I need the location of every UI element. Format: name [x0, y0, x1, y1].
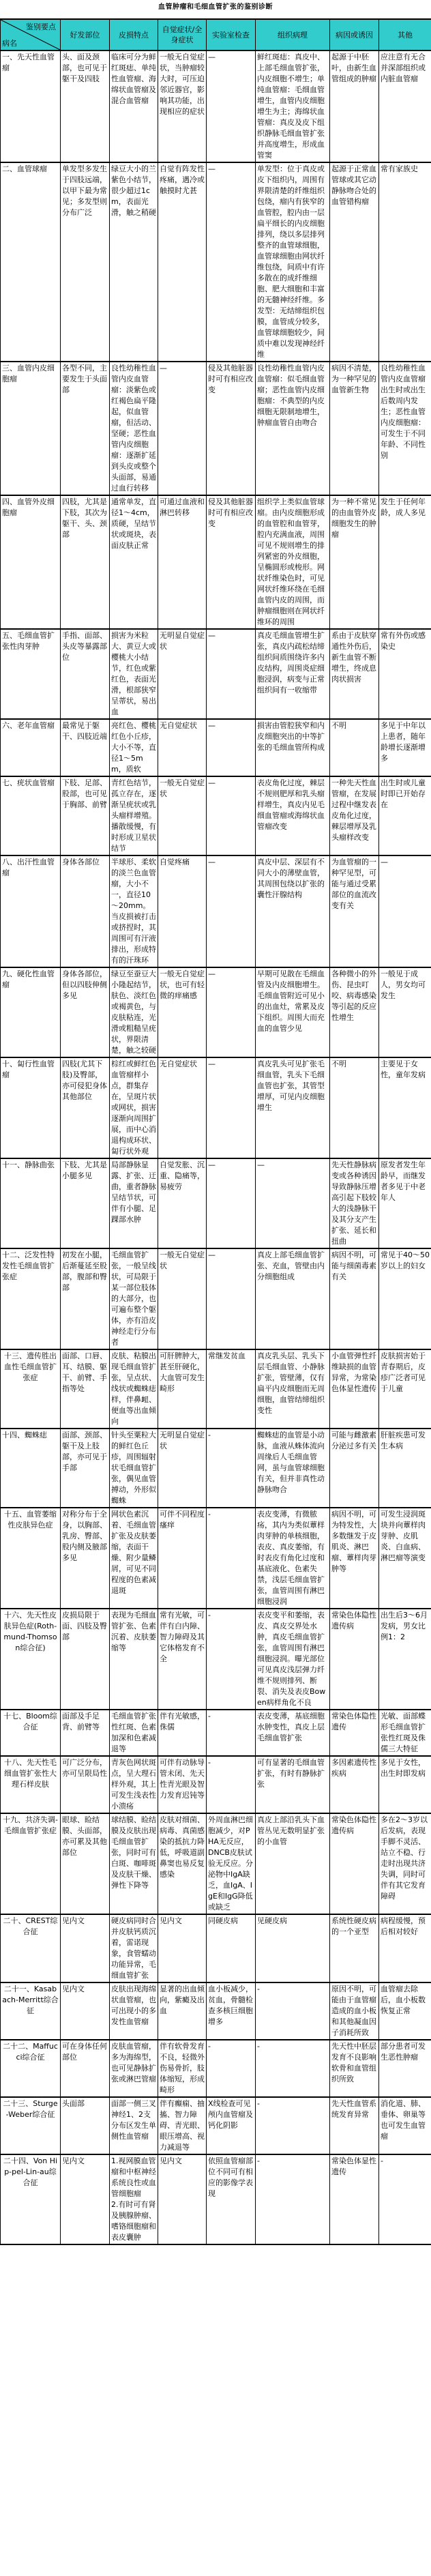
table-row: 二、血管球瘤单发型多发生于四肢远端，以甲下最为常见；多发型则分布广泛绿豆大小的兰…	[1, 162, 431, 362]
lab-cell: -	[207, 1609, 256, 1710]
lab-cell: -	[207, 2040, 256, 2097]
cause-cell: 常染色体显性遗传	[330, 2154, 379, 2244]
other-cell: 出生后3～6月发病，男女比例1：2	[379, 1609, 431, 1710]
table-row: 十七、Bloom综合征面部及手足背、前臂等毛细血管扩张性红斑、色素加深和色素减退…	[1, 1710, 431, 1756]
lab-cell: —	[207, 50, 256, 162]
lesion-cell: 表现为毛细血管扩张、色素沉着、皮肤萎缩等	[110, 1609, 158, 1710]
other-cell: -	[379, 2154, 431, 2244]
lesion-cell: 皮肤、粘膜出现毛细血管扩张，呈点状、线状或蜘蛛痣样，伴鼻衄、便血等出血倾向	[110, 1349, 158, 1429]
site-cell: 见内文	[61, 2154, 110, 2244]
pathology-cell: 见硬皮病	[256, 1914, 330, 1982]
pathology-cell: 表皮变薄，有微脓疡，其内为类似蕈样肉芽肿的单核细胞，表皮、真皮萎缩，有时表皮有角…	[256, 1508, 330, 1609]
cause-cell: 系由于皮肤穿通性外伤后，新生血管不断增生，终成息肉状损害	[330, 629, 379, 719]
pathology-cell: —	[256, 1158, 330, 1248]
symptoms-cell: 可伴不同程度瘙痒	[158, 1508, 207, 1609]
lab-cell: -	[207, 1710, 256, 1756]
other-cell: 血管瘤去除后，血小板数恢复正常	[379, 1982, 431, 2040]
cause-cell: 先天性中胚层发育不良影响软骨和血管组织所致	[330, 2040, 379, 2097]
other-cell: 常有家族史	[379, 162, 431, 362]
corner-label-criteria: 鉴别要点	[26, 22, 56, 32]
cause-cell: 不明	[330, 1057, 379, 1158]
table-row: 二十三、Sturge-Weber综合征头面部面部一侧三叉神经1、2支分布区发生单…	[1, 2097, 431, 2154]
lesion-cell: 皮肤出现海绵状血管瘤，也可出现小的多发性血管瘤	[110, 1982, 158, 2040]
column-header-cause: 病因或诱因	[330, 19, 379, 50]
symptoms-cell: 一般无自觉症状	[158, 776, 207, 855]
other-cell: 常见于40～50岁以上的妇女	[379, 1248, 431, 1349]
lab-cell: —	[207, 162, 256, 362]
cause-cell: 一种先天性血管瘤，在发展过程中继发表皮角化过度，棘层增厚及乳头瘤样改变	[330, 776, 379, 855]
symptoms-cell: 自觉疼痛	[158, 855, 207, 967]
lab-cell: 常继发贫血	[207, 1349, 256, 1429]
site-cell: 面部及手足背、前臂等	[61, 1710, 110, 1756]
site-cell: 面部、口唇、耳、结膜、躯干、前臂、手指等处	[61, 1349, 110, 1429]
symptoms-cell: 可肝脾肿大，甚至肝硬化，大血管可发生畸形	[158, 1349, 207, 1429]
other-cell: 消化道、肺、垂体、卵巢等也可发生血管瘤	[379, 2097, 431, 2154]
corner-label-disease: 病名	[2, 38, 17, 48]
table-row: 十、匐行性血管瘤四肢(尤其下肢)及臀部，亦可侵犯身体其他部位棕红或鲜红色血管瘤样…	[1, 1057, 431, 1158]
symptoms-cell: 一般无自觉症状	[158, 1248, 207, 1349]
lab-cell: 同硬皮病	[207, 1914, 256, 1982]
site-cell: 手指、面部、头皮等暴露部位	[61, 629, 110, 719]
cause-cell: 小血管弹性纤维缺损的血管异常，为常染色体显性遗传	[330, 1349, 379, 1429]
lab-cell: -	[207, 1508, 256, 1609]
table-body: 一、先天性血管瘤头、面及颈部，也可见于躯干及四肢临床可分为鲜红斑痣、单纯性血管瘤…	[1, 50, 431, 2244]
pathology-cell: -	[256, 1982, 330, 2040]
site-cell: 对称分布于全身，以胸部、乳房、臀部、股内侧及腋部多见	[61, 1508, 110, 1609]
other-cell: 光敏、面部蝶形毛细血管扩张性红斑及侏儒三大特征	[379, 1710, 431, 1756]
table-row: 六、老年血管瘤最常见于躯干、四肢近端亮红色、樱桃红色小丘疹，大小不等，直径1～5…	[1, 719, 431, 776]
symptoms-cell: 显著的出血倾向，紫癜及出血	[158, 1982, 207, 2040]
table-row: 十二、泛发性特发性毛细血管扩张症初发在小腿，后渐蔓延至股部，腹部和臀部毛细血管扩…	[1, 1248, 431, 1349]
lesion-cell: 青灰色网状斑点，呈大理石样外观，其上可发生浅表性小溃疡	[110, 1756, 158, 1813]
other-cell: 病程缓慢，预后相对较好	[379, 1914, 431, 1982]
symptoms-cell: 无明显自觉症状	[158, 629, 207, 719]
disease-name-cell: 二、血管球瘤	[1, 162, 61, 362]
site-cell: 最常见于躯干、四肢近端	[61, 719, 110, 776]
cause-cell: 为血管瘤的一种罕见型，可能与通过受累部位的血流改变有关	[330, 855, 379, 967]
disease-name-cell: 十五、血管萎缩性皮肤异色症	[1, 1508, 61, 1609]
lab-cell: —	[207, 1248, 256, 1349]
disease-name-cell: 五、毛细血管扩张性肉芽肿	[1, 629, 61, 719]
lesion-cell: 半球形、柔软的淡兰色血管瘤，大小不一，直径10～20mm。当皮损被打击或挤捏时，…	[110, 855, 158, 967]
cause-cell: 病因不清楚，为一种罕见的血管新生物	[330, 362, 379, 495]
symptoms-cell: 伴有癫痫、抽搐、智力障碍、青光眼、眼压增高、视力减退等	[158, 2097, 207, 2154]
disease-name-cell: 二十一、Kasabach-Merritt综合征	[1, 1982, 61, 2040]
other-cell: 主要见于女性，童年发病	[379, 1057, 431, 1158]
cause-cell: 病因不明，可能与细菌毒素有关	[330, 1248, 379, 1349]
disease-name-cell: 一、先天性血管瘤	[1, 50, 61, 162]
lesion-cell: 毛细血管扩张，一般呈线状，可局限于某一部位肢体的大部分，也可遍布整个躯体，亦有沿…	[110, 1248, 158, 1349]
lab-cell: —	[207, 1158, 256, 1248]
lesion-cell: 皮肤血管瘤，多为海绵型，也可见静脉扩张或淋巴管瘤	[110, 2040, 158, 2097]
other-cell: 发生于任何年龄，成人多见	[379, 495, 431, 629]
lesion-cell: 硬皮病同时合并皮肤钙质沉着，雷诺现象，食管蠕动功能异常，毛细血管扩张	[110, 1914, 158, 1982]
disease-name-cell: 十九、共济失调-毛细血管扩张症	[1, 1813, 61, 1914]
header-row: 鉴别要点 病名 好发部位 皮损特点 自觉症状/全身症状 实验室检查 组织病理 病…	[1, 19, 431, 50]
disease-name-cell: 二十二、Maffucci综合征	[1, 2040, 61, 2097]
lab-cell: 侵及其他脏器时可有相应改变	[207, 495, 256, 629]
pathology-cell: 表皮变平和萎缩，表皮、真皮交界处水肿，真皮毛细血管扩张，血管周围有淋巴细胞浸润。…	[256, 1609, 330, 1710]
lesion-cell: 临床可分为鲜红斑痣、单纯性血管瘤、海绵状血管瘤及混合血管瘤	[110, 50, 158, 162]
lesion-cell: 面部一侧三叉神经1、2支分布区发生单侧性血管瘤	[110, 2097, 158, 2154]
table-row: 五、毛细血管扩张性肉芽肿手指、面部、头皮等暴露部位损害为米粒大、黄豆大或樱桃大小…	[1, 629, 431, 719]
cause-cell: 各种微小的外伤、昆虫叮咬、病毒感染等引起的反应性增生	[330, 967, 379, 1057]
symptoms-cell: 无自觉症状	[158, 1057, 207, 1158]
cause-cell: 常染色体隐性遗传病	[330, 1813, 379, 1914]
lab-cell: 血小板减少，贫血，骨髓检查多核巨细胞增多	[207, 1982, 256, 2040]
disease-name-cell: 十、匐行性血管瘤	[1, 1057, 61, 1158]
pathology-cell: 表皮角化过度，棘层不规则肥厚和乳头瘤样增生，真皮内见毛细血管瘤或海绵状血管瘤改变	[256, 776, 330, 855]
symptoms-cell: —	[158, 362, 207, 495]
pathology-cell: 真皮上部沿乳头下血管丛见无数明显扩张的小血管	[256, 1813, 330, 1914]
table-row: 二十四、Von Hip-pel-Lin-au综合征见内文1.视网膜血管瘤和中枢神…	[1, 2154, 431, 2244]
site-cell: 身体各部位	[61, 855, 110, 967]
other-cell: 常有外伤或感染史	[379, 629, 431, 719]
lab-cell: —	[207, 719, 256, 776]
table-row: 八、出汗性血管瘤身体各部位半球形、柔软的淡兰色血管瘤，大小不一，直径10～20m…	[1, 855, 431, 967]
other-cell: 部分患者可发生恶性肿瘤	[379, 2040, 431, 2097]
table-row: 九、硬化性血管瘤身体各部位，但以四肢伸侧多见绿豆至蚕豆大小隆起结节，肤色、淡红色…	[1, 967, 431, 1057]
column-header-site: 好发部位	[61, 19, 110, 50]
lesion-cell: 网状色素沉着、毛细血管扩张及皮肤萎缩，表面干燥、附少量鳞屑，可见不同程度的色素减…	[110, 1508, 158, 1609]
site-cell: 皮损局限于面、四肢及臀部	[61, 1609, 110, 1710]
lab-cell: —	[207, 967, 256, 1057]
site-cell: 初发在小腿，后渐蔓延至股部，腹部和臀部	[61, 1248, 110, 1349]
disease-name-cell: 三、血管内皮细胞瘤	[1, 362, 61, 495]
table-row: 十六、先天性皮肤异色症(Roth-mund-Thomson综合征)皮损局限于面、…	[1, 1609, 431, 1710]
site-cell: 见内文	[61, 1982, 110, 2040]
lesion-cell: 局部静脉显露、扩张、迂曲，重者静脉呈结节状，可伴有小腿、足踝部水肿	[110, 1158, 158, 1248]
lab-cell: —	[207, 855, 256, 967]
lesion-cell: 球结膜、睑结膜及皮肤出现毛细血管扩张，同时可有白斑、咖啡斑及皮肤干燥、弹性下降等	[110, 1813, 158, 1914]
lesion-cell: 青红色结节，孤立存在，逐渐呈疣状或乳头瘤样增殖。播散缓慢，有时形成卫星状结节	[110, 776, 158, 855]
column-header-lab: 实验室检查	[207, 19, 256, 50]
site-cell: 见内文	[61, 1914, 110, 1982]
table-row: 十八、先天性毛细血管扩张性大理石样皮肤可广泛分布，亦可呈限局性青灰色网状斑点，呈…	[1, 1756, 431, 1813]
cause-cell: 起源于正常血管球或其它动静脉吻合处的血管错构瘤	[330, 162, 379, 362]
table-row: 二十一、Kasabach-Merritt综合征见内文皮肤出现海绵状血管瘤，也可出…	[1, 1982, 431, 2040]
lab-cell: 外周血淋巴细胞减少，对PHA无反应，DNCB皮肤试验无反应。分泌物中IgA缺乏，…	[207, 1813, 256, 1914]
other-cell: 一般见于成人，男女均可发生	[379, 967, 431, 1057]
lesion-cell: 毛细血管扩张性红斑、色素加深和色素减退等	[110, 1710, 158, 1756]
site-cell: 各型不同，主要发生于头面部	[61, 362, 110, 495]
disease-name-cell: 二十四、Von Hip-pel-Lin-au综合征	[1, 2154, 61, 2244]
symptoms-cell: 无明显自觉症状	[158, 1429, 207, 1508]
disease-name-cell: 二十三、Sturge-Weber综合征	[1, 2097, 61, 2154]
column-header-pathology: 组织病理	[256, 19, 330, 50]
table-row: 四、血管外皮细胞瘤四肢，尤其是下肢，其次为躯干、头、颈部通常单发，直径1～4cm…	[1, 495, 431, 629]
lesion-cell: 针头至粟粒大的鲜红色丘疹，周围辐射状毛细血管扩张，偶见血管搏动，外形似蜘蛛	[110, 1429, 158, 1508]
disease-name-cell: 八、出汗性血管瘤	[1, 855, 61, 967]
site-cell: 身体各部位，但以四肢伸侧多见	[61, 967, 110, 1057]
lab-cell: -	[207, 1756, 256, 1813]
table-row: 一、先天性血管瘤头、面及颈部，也可见于躯干及四肢临床可分为鲜红斑痣、单纯性血管瘤…	[1, 50, 431, 162]
pathology-cell: 早期可见散在毛细血管及内皮细胞增生。毛细血管附近可见小的出血灶，常累及皮下组织。…	[256, 967, 330, 1057]
table-row: 三、血管内皮细胞瘤各型不同，主要发生于头面部良性幼稚性血管内皮血管瘤：淡紫色或红…	[1, 362, 431, 495]
cause-cell: 先天性静脉病变或各种诱因导致静脉压增高引起下肢较大的浅静脉干及其分支产生扩张、延…	[330, 1158, 379, 1248]
other-cell: 出生时或儿童时即已开始存在	[379, 776, 431, 855]
lesion-cell: 良性幼稚性血管内皮血管瘤：淡紫色或红褐色扁平隆起，似血管瘤，但活动、坚硬；恶性血…	[110, 362, 158, 495]
cause-cell: 原因不明，可能由于血管瘤造成的血小板和其他凝血因子消耗所致	[330, 1982, 379, 2040]
pathology-cell: 良性幼稚性血管内皮血管瘤：似毛细血管瘤；恶性血管内皮细胞瘤：不典型的内皮细胞无限…	[256, 362, 330, 495]
other-cell: 原发者发生年龄早，而继发者多见于中老年人	[379, 1158, 431, 1248]
site-cell: 头、面及颈部，也可见于躯干及四肢	[61, 50, 110, 162]
pathology-cell: 损害由管腔狭窄和内皮细胞突出的中等扩张的毛细血管所构成	[256, 719, 330, 776]
pathology-cell: 组织学上类似血管球瘤。由内皮细胞形成的血管腔和血管芽，腔内充满血液，周围可见不规…	[256, 495, 330, 629]
disease-name-cell: 六、老年血管瘤	[1, 719, 61, 776]
other-cell: 应注意有无合并深部组织或内脏血管瘤	[379, 50, 431, 162]
disease-name-cell: 十三、遗传胜出血性毛细血管扩张症	[1, 1349, 61, 1429]
site-cell: 头面部	[61, 2097, 110, 2154]
table-row: 十三、遗传胜出血性毛细血管扩张症面部、口唇、耳、结膜、躯干、前臂、手指等处皮肤、…	[1, 1349, 431, 1429]
symptoms-cell: 皮肤对细菌、病毒、真菌感染的抵抗力降低，呼吸道副鼻窦也易反复感染	[158, 1813, 207, 1914]
symptoms-cell: 见内文	[158, 1914, 207, 1982]
site-cell: 眼球、睑结膜、头面部，亦可累及其他部位	[61, 1813, 110, 1914]
table-row: 七、疣状血管瘤下肢、足部、股部，也可见于胸部、前臂青红色结节，孤立存在，逐渐呈疣…	[1, 776, 431, 855]
other-cell: 多见于中年以上患者，随年龄增长逐渐增多	[379, 719, 431, 776]
symptoms-cell: 可通过血液和淋巴转移	[158, 495, 207, 629]
site-cell: 面部、颈部、躯干及上肢部，亦可见于手部	[61, 1429, 110, 1508]
diagonal-header-cell: 鉴别要点 病名	[1, 19, 61, 50]
symptoms-cell: 自觉发胀、沉重、隐痛等，易疲劳	[158, 1158, 207, 1248]
lesion-cell: 绿豆大小的兰紫色小结节，很少超过1cm，表面光滑，触之稍硬	[110, 162, 158, 362]
disease-name-cell: 十七、Bloom综合征	[1, 1710, 61, 1756]
other-cell: 皮肤损害始于青春期后，皮疹广泛者可见于儿童	[379, 1349, 431, 1429]
lab-cell: X线检查可见颅内血管瘤及钙化阴影	[207, 2097, 256, 2154]
pathology-cell: -	[256, 2040, 330, 2097]
disease-name-cell: 十一、静脉曲张	[1, 1158, 61, 1248]
disease-name-cell: 十六、先天性皮肤异色症(Roth-mund-Thomson综合征)	[1, 1609, 61, 1710]
cause-cell: 常染色体隐性遗传	[330, 1710, 379, 1756]
pathology-cell: 单发型：位于真皮或皮下组织内，周围有界限清楚的纤维组织包绕，瘤内有狭窄的血管腔，…	[256, 162, 330, 362]
disease-name-cell: 十二、泛发性特发性毛细血管扩张症	[1, 1248, 61, 1349]
cause-cell: 可能与雌激素分泌过多有关	[330, 1429, 379, 1508]
disease-name-cell: 四、血管外皮细胞瘤	[1, 495, 61, 629]
page-title: 血管肿瘤和毛细血管扩张的鉴别诊断	[0, 0, 431, 18]
pathology-cell: -	[256, 2154, 330, 2244]
site-cell: 可广泛分布，亦可呈限局性	[61, 1756, 110, 1813]
pathology-cell: 真皮上部毛细血管扩张、充血，管壁由内分细胞组成	[256, 1248, 330, 1349]
column-header-other: 其他	[379, 19, 431, 50]
cause-cell: 起源于中胚叶，由新生血管组成的肿瘤	[330, 50, 379, 162]
lesion-cell: 损害为米粒大、黄豆大或樱桃大小结节，红色或紫红色，表面光滑，根部狭窄呈蒂状，易出…	[110, 629, 158, 719]
column-header-symptoms: 自觉症状/全身症状	[158, 19, 207, 50]
pathology-cell: 鲜红斑痣：真皮中、上部毛细血管扩张，内皮细胞不增生；单纯血管瘤：毛细血管增生，血…	[256, 50, 330, 162]
disease-name-cell: 二十、CREST综合征	[1, 1914, 61, 1982]
lab-cell: —	[207, 776, 256, 855]
disease-name-cell: 九、硬化性血管瘤	[1, 967, 61, 1057]
symptoms-cell: 伴有光敏感，侏儒	[158, 1710, 207, 1756]
symptoms-cell: 无自觉症状	[158, 719, 207, 776]
other-cell: 多在2～3岁以后发病，表现手脚不灵活、站立不稳、行走时出现共济失调，同时可伴有其…	[379, 1813, 431, 1914]
lesion-cell: 棕红或鲜红色血管瘤样小点，群集存在，呈斑片状或网状，损害逐渐向周围扩展，而中心消…	[110, 1057, 158, 1158]
disease-name-cell: 十八、先天性毛细血管扩张性大理石样皮肤	[1, 1756, 61, 1813]
symptoms-cell: 见内文	[158, 2154, 207, 2244]
site-cell: 单发型多发生于四肢远端，以甲下最为常见；多发型则分布广泛	[61, 162, 110, 362]
lesion-cell: 通常单发，直径1～4cm，质硬，呈结节状或斑块，表面皮肤正常	[110, 495, 158, 629]
lesion-cell: 亮红色、樱桃红色小丘疹，大小不等，直径1～5mm，质软	[110, 719, 158, 776]
pathology-cell: 可有显著的毛细血管扩张，有时有静脉扩张	[256, 1756, 330, 1813]
other-cell: —	[379, 855, 431, 967]
table-row: 十五、血管萎缩性皮肤异色症对称分布于全身，以胸部、乳房、臀部、股内侧及腋部多见网…	[1, 1508, 431, 1609]
cause-cell: 为一种不常见的由血管外皮细胞发生的肿瘤	[330, 495, 379, 629]
disease-name-cell: 十四、蜘蛛痣	[1, 1429, 61, 1508]
site-cell: 四肢，尤其是下肢，其次为躯干、头、颈部	[61, 495, 110, 629]
pathology-cell: -	[256, 2097, 330, 2154]
pathology-cell: 真皮毛细血管增生扩张，真皮内疏松结缔组织间质围绕许多内皮结构，周围炎症细胞浸润，…	[256, 629, 330, 719]
column-header-lesion: 皮损特点	[110, 19, 158, 50]
other-cell: 可发生浸润斑块并向蕈样肉芽肿、皮肌炎、白血病、淋巴瘤等演变	[379, 1508, 431, 1609]
other-cell: 良性幼稚性血管内皮血管瘤出生时或出生后数周内发生；恶性血管内皮细胞瘤：可发生于不…	[379, 362, 431, 495]
table-row: 二十二、Maffucci综合征可在身体任何部位皮肤血管瘤，多为海绵型，也可见静脉…	[1, 2040, 431, 2097]
symptoms-cell: 常有光敏，可伴有白内障、智力障碍及其它体格发育不全	[158, 1609, 207, 1710]
symptoms-cell: 一般无自觉症状，当肿瘤较大时，可压迫邻近器官，影响其功能，出现相应的症状	[158, 50, 207, 162]
lesion-cell: 1.视网膜血管瘤和中枢神经系统良性或血管细胞瘤 2.有时可有肾及胰腺肿瘤、嗜铬细…	[110, 2154, 158, 2244]
symptoms-cell: 自觉有阵发性疼痛，遇冷或触摸时尤甚	[158, 162, 207, 362]
table-row: 十四、蜘蛛痣面部、颈部、躯干及上肢部，亦可见于手部针头至粟粒大的鲜红色丘疹，周围…	[1, 1429, 431, 1508]
other-cell: 肝脏疾患可发生本病	[379, 1429, 431, 1508]
disease-name-cell: 七、疣状血管瘤	[1, 776, 61, 855]
cause-cell: 系统性硬皮病的一个亚型	[330, 1914, 379, 1982]
cause-cell: 先天性血管系统发育异常	[330, 2097, 379, 2154]
symptoms-cell: 可伴有动脉导管未闭、先天性青光眼及智力发育迟钝等	[158, 1756, 207, 1813]
differential-diagnosis-table: 鉴别要点 病名 好发部位 皮损特点 自觉症状/全身症状 实验室检查 组织病理 病…	[0, 18, 431, 2245]
lesion-cell: 绿豆至蚕豆大小隆起结节，肤色、淡红色或褐黄色，与皮肤粘连，光滑或粗糙呈疣状，界限…	[110, 967, 158, 1057]
lab-cell: -	[207, 1429, 256, 1508]
table-row: 二十、CREST综合征见内文硬皮病同时合并皮肤钙质沉着，雷诺现象，食管蠕动功能异…	[1, 1914, 431, 1982]
pathology-cell: 表皮变薄，基底细胞水肿变性，真皮上层毛细血管扩张	[256, 1710, 330, 1756]
other-cell: 多见于女性，出生时即发病	[379, 1756, 431, 1813]
pathology-cell: 真皮乳头可见扩张毛细血管，乳头下毛细血管也扩张，其管型增厚，可见内皮细胞增生	[256, 1057, 330, 1158]
table-row: 十九、共济失调-毛细血管扩张症眼球、睑结膜、头面部，亦可累及其他部位球结膜、睑结…	[1, 1813, 431, 1914]
pathology-cell: 蜘蛛痣的血管是小动脉，血液从蛛体流向周缘后人毛细血管网，虽与血管球细胞有关，但并…	[256, 1429, 330, 1508]
lab-cell: 依照血管瘤部位不同可有相应的影像学表现	[207, 2154, 256, 2244]
symptoms-cell: 一般无自觉症状，也可有轻微的痒痛感	[158, 967, 207, 1057]
symptoms-cell: 伴有软骨发育不良，轻微外伤易骨折，肢体缩短，形成畸形	[158, 2040, 207, 2097]
cause-cell: 不明	[330, 719, 379, 776]
cause-cell: 常染色体隐性遗传病	[330, 1609, 379, 1710]
table-row: 十一、静脉曲张下肢、尤其是小腿多见局部静脉显露、扩张、迂曲，重者静脉呈结节状，可…	[1, 1158, 431, 1248]
cause-cell: 多因素遗传性疾病	[330, 1756, 379, 1813]
site-cell: 可在身体任何部位	[61, 2040, 110, 2097]
lab-cell: 侵及其他脏器时可有相应改变	[207, 362, 256, 495]
site-cell: 下肢、尤其是小腿多见	[61, 1158, 110, 1248]
pathology-cell: 真皮乳头层、乳头下层毛细血管、小静脉扩张，管壁薄，仅有扁平内皮细胞而无周细胞，血…	[256, 1349, 330, 1429]
lab-cell: —	[207, 629, 256, 719]
site-cell: 下肢、足部、股部，也可见于胸部、前臂	[61, 776, 110, 855]
cause-cell: 病因不明，可为特发性，大多数继发于皮肌炎、淋巴瘤、蕈样肉芽肿等	[330, 1508, 379, 1609]
site-cell: 四肢(尤其下肢)及臀部，亦可侵犯身体其他部位	[61, 1057, 110, 1158]
lab-cell: —	[207, 1057, 256, 1158]
pathology-cell: 真皮中层、深层有不同大小的薄壁血管，其周围包绕以扩张的囊性汗腺结构	[256, 855, 330, 967]
